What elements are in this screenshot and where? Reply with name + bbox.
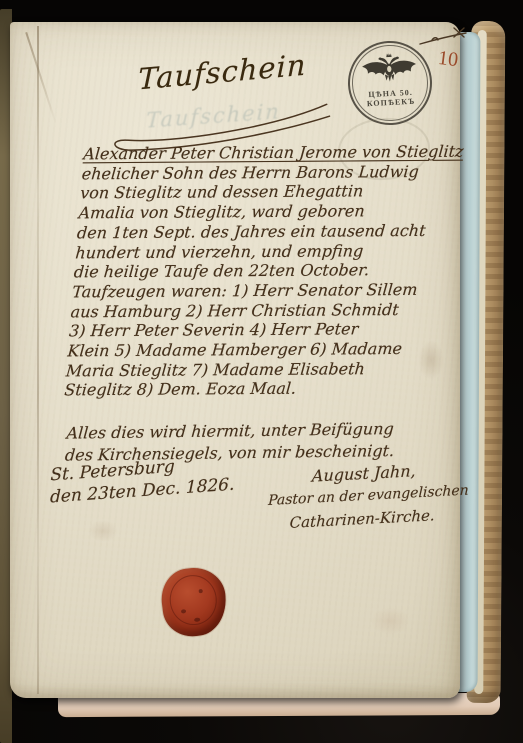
body-lines: Alexander Peter Christian Jerome von Sti… — [64, 142, 465, 401]
document-title: Taufschein — [138, 48, 307, 97]
foxing-spot — [88, 520, 118, 542]
handwriting-line: die heilige Taufe den 22ten October. — [73, 260, 455, 282]
handwriting-line: 3) Herr Peter Severin 4) Herr Peter — [68, 319, 450, 341]
handwriting-line: Alexander Peter Christian Jerome von Sti… — [83, 142, 465, 164]
handwriting-line: Stieglitz 8) Dem. Eoza Maal. — [64, 378, 446, 400]
handwritten-check-mark-icon — [418, 24, 470, 48]
handwriting-line: Taufzeugen waren: 1) Herr Senator Sillem — [72, 280, 454, 302]
handwriting-line: Maria Stieglitz 7) Madame Elisabeth — [65, 358, 447, 380]
handwriting-line: den 1ten Sept. des Jahres ein tausend ac… — [76, 220, 458, 242]
imperial-double-eagle-icon — [358, 48, 420, 89]
handwriting-line: aus Hamburg 2) Herr Christian Schmidt — [70, 299, 452, 321]
corner-crease — [25, 32, 57, 124]
page-number: 10 — [437, 47, 460, 72]
foxing-spot — [370, 607, 410, 635]
revenue-stamp: ЦѢНА 50. КОПѢЕКЪ — [346, 39, 434, 127]
handwriting-line: ehelicher Sohn des Herrn Barons Ludwig — [81, 161, 463, 183]
handwriting-line: Amalia von Stieglitz, ward geboren — [78, 201, 460, 223]
manuscript-page: ЦѢНА 50. КОПѢЕКЪ 10 Taufschein Taufschei… — [10, 22, 460, 698]
gutter-fold-crease — [37, 26, 39, 694]
wax-seal — [158, 564, 230, 639]
handwriting-line: Klein 5) Madame Hamberger 6) Madame — [67, 339, 449, 361]
handwriting-line: hundert und vierzehn, und empfing — [75, 240, 457, 262]
signature-block: August Jahn,Pastor an der evangelischenC… — [267, 457, 459, 536]
document-photo: ЦѢНА 50. КОПѢЕКЪ 10 Taufschein Taufschei… — [0, 0, 523, 743]
handwriting-line: von Stieglitz und dessen Ehegattin — [79, 181, 461, 203]
